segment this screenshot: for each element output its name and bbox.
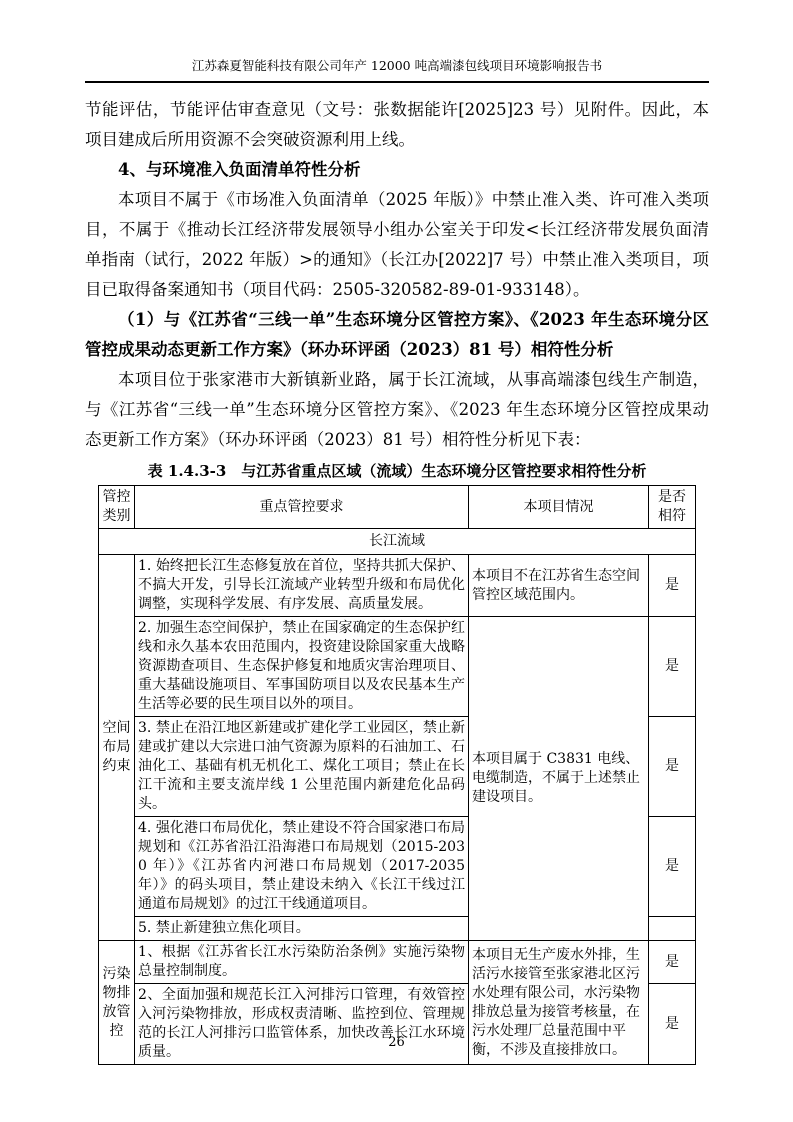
- conformity-cell-7: 是: [649, 984, 696, 1065]
- table-row: 污染物排放管控 1、根据《江苏省长江水污染防治条例》实施污染物总量控制制度。 本…: [99, 941, 696, 984]
- project-situation-cell-2: 本项目属于 C3831 电线、电缆制造，不属于上述禁止建设项目。: [469, 617, 649, 941]
- project-situation-cell-1: 本项目不在江苏省生态空间管控区域范围内。: [469, 555, 649, 617]
- conformity-cell-5: [649, 917, 696, 941]
- table-row: 2. 加强生态空间保护，禁止在国家确定的生态保护红线和永久基本农田范围内，投资建…: [99, 617, 696, 717]
- requirement-cell-7: 2、全面加强和规范长江入河排污口管理，有效管控入河污染物排放，形成权责清晰、监控…: [135, 984, 469, 1065]
- requirement-cell-1: 1. 始终把长江生态修复放在首位，坚持共抓大保护、不搞大开发，引导长江流域产业转…: [135, 555, 469, 617]
- conformity-cell-3: 是: [649, 717, 696, 817]
- column-header-requirement: 重点管控要求: [135, 486, 469, 529]
- table-title: 表 1.4.3-3 与江苏省重点区域（流域）生态环境分区管控要求相符性分析: [85, 460, 709, 482]
- page-header: 江苏森夏智能科技有限公司年产 12000 吨高端漆包线项目环境影响报告书: [85, 58, 709, 83]
- paragraph-project-location: 本项目位于张家港市大新镇新业路，属于长江流域，从事高端漆包线生产制造，与《江苏省…: [85, 365, 709, 455]
- header-title: 江苏森夏智能科技有限公司年产 12000 吨高端漆包线项目环境影响报告书: [192, 58, 602, 73]
- conformity-cell-6: 是: [649, 941, 696, 984]
- conformity-cell-2: 是: [649, 617, 696, 717]
- heading-three-lines-one-list: （1）与《江苏省“三线一单”生态环境分区管控方案》、《2023 年生态环境分区管…: [85, 305, 709, 365]
- conformity-cell-1: 是: [649, 555, 696, 617]
- column-header-category: 管控类别: [99, 486, 135, 529]
- column-header-conformity: 是否相符: [649, 486, 696, 529]
- page-number: 26: [0, 1035, 793, 1050]
- requirement-cell-2: 2. 加强生态空间保护，禁止在国家确定的生态保护红线和永久基本农田范围内，投资建…: [135, 617, 469, 717]
- document-page: 江苏森夏智能科技有限公司年产 12000 吨高端漆包线项目环境影响报告书 节能评…: [0, 0, 793, 1122]
- region-row: 长江流域: [99, 529, 696, 555]
- requirement-cell-3: 3. 禁止在沿江地区新建或扩建化学工业园区，禁止新建或扩建以大宗进口油气资源为原…: [135, 717, 469, 817]
- region-label: 长江流域: [99, 529, 696, 555]
- table-row: 空间布局约束 1. 始终把长江生态修复放在首位，坚持共抓大保护、不搞大开发，引导…: [99, 555, 696, 617]
- requirement-cell-5: 5. 禁止新建独立焦化项目。: [135, 917, 469, 941]
- requirement-cell-6: 1、根据《江苏省长江水污染防治条例》实施污染物总量控制制度。: [135, 941, 469, 984]
- page-content: 江苏森夏智能科技有限公司年产 12000 吨高端漆包线项目环境影响报告书 节能评…: [85, 58, 709, 1065]
- paragraph-energy-assessment: 节能评估，节能评估审查意见（文号：张数据能许[2025]23 号）见附件。因此，…: [85, 95, 709, 155]
- conformity-cell-4: 是: [649, 817, 696, 917]
- table-header-row: 管控类别 重点管控要求 本项目情况 是否相符: [99, 486, 696, 529]
- heading-negative-list-analysis: 4、与环境准入负面清单符性分析: [85, 155, 709, 185]
- requirement-cell-4: 4. 强化港口布局优化，禁止建设不符合国家港口布局规划和《江苏省沿江沿海港口布局…: [135, 817, 469, 917]
- column-header-project-situation: 本项目情况: [469, 486, 649, 529]
- category-spatial-layout: 空间布局约束: [99, 555, 135, 941]
- paragraph-negative-list: 本项目不属于《市场准入负面清单（2025 年版）》中禁止准入类、许可准入类项目，…: [85, 185, 709, 305]
- conformity-analysis-table: 管控类别 重点管控要求 本项目情况 是否相符 长江流域 空间布局约束 1. 始终…: [98, 485, 696, 1065]
